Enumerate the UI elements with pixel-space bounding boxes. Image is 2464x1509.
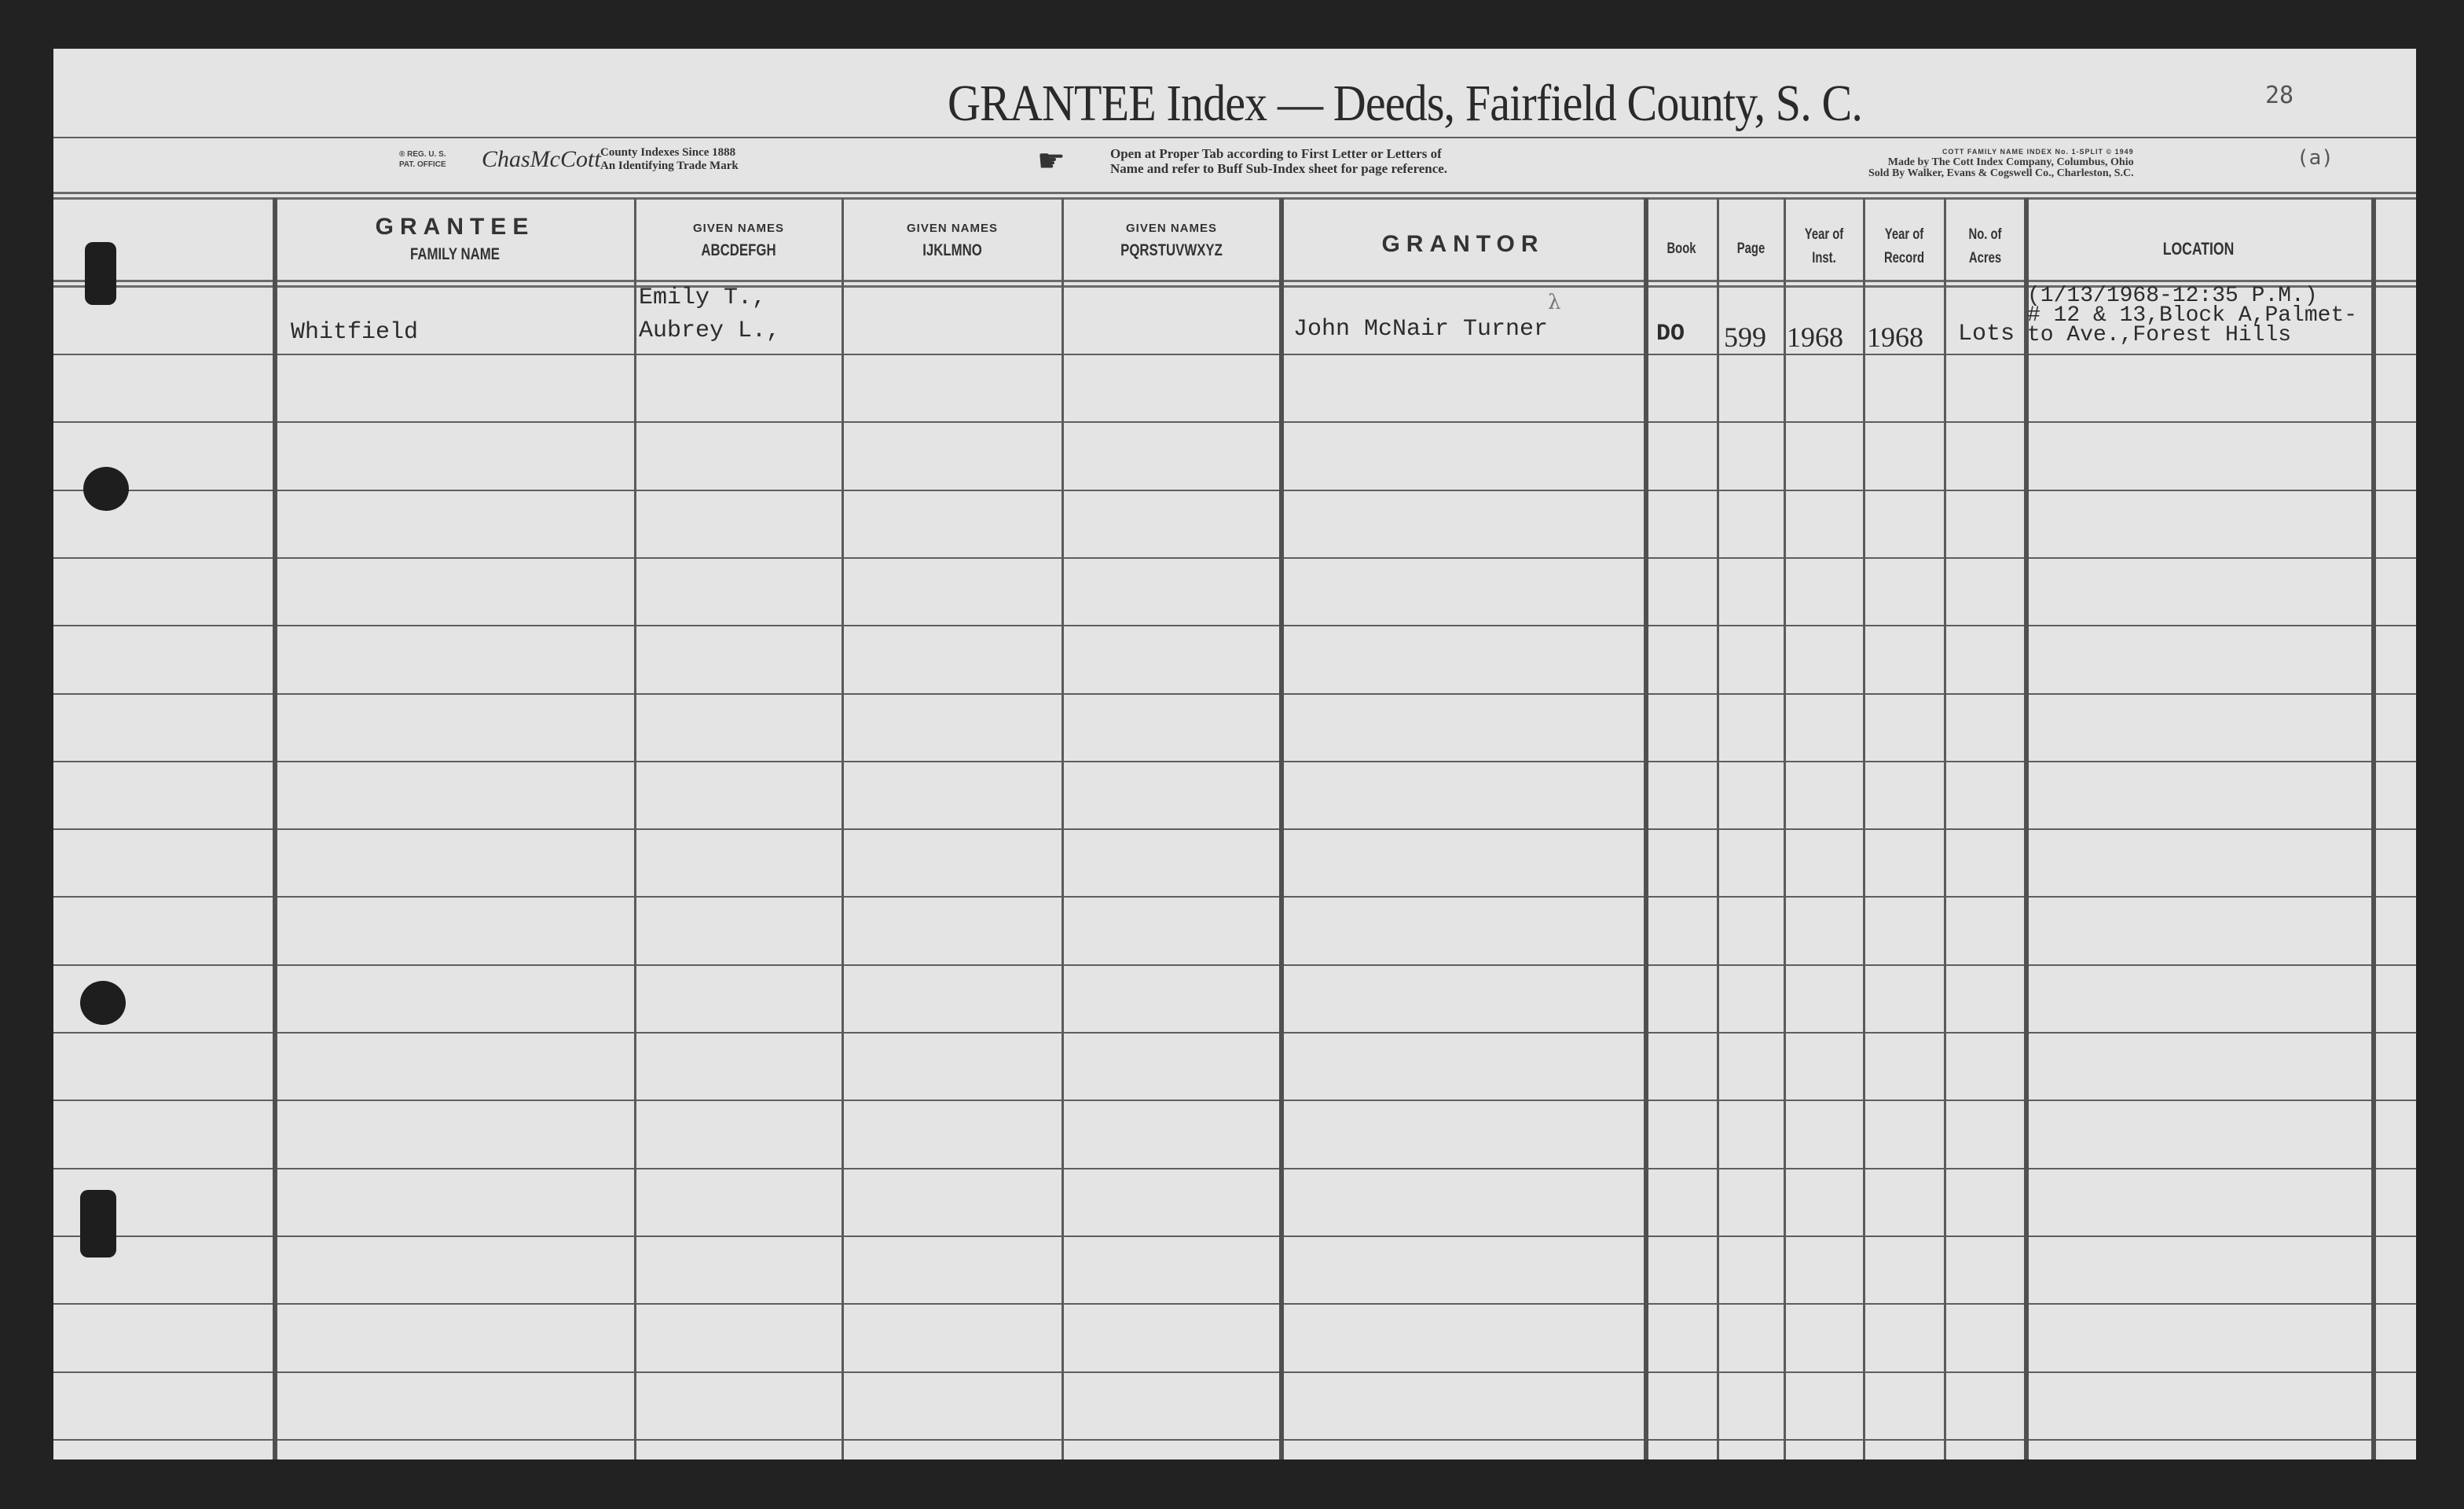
given-names-range: IJKLMNO (864, 241, 1040, 260)
instruction-line-1: Open at Proper Tab according to First Le… (1110, 146, 1447, 161)
page-number: 28 (2265, 82, 2293, 109)
trademark-note: County Indexes Since 1888 An Identifying… (600, 146, 739, 173)
location-title: LOCATION (2060, 239, 2337, 259)
row-rule (53, 421, 2416, 423)
family-name-cell: Whitfield (291, 319, 418, 346)
page-left-rule (1717, 198, 1719, 1459)
publisher-note: COTT FAMILY NAME INDEX No. 1-SPLIT © 194… (1868, 146, 2134, 179)
given-names-p-z-header: GIVEN NAMES PQRSTUVWXYZ (1062, 222, 1281, 260)
given-names-title: GIVEN NAMES (635, 222, 842, 235)
binder-hole (80, 981, 126, 1025)
year-record-left-rule (1863, 198, 1865, 1459)
header-top-rule (53, 192, 2416, 200)
row-rule (53, 693, 2416, 695)
row-rule (53, 1371, 2416, 1373)
binder-slot-top (85, 242, 116, 305)
grantee-left-rule (273, 198, 277, 1459)
index-sheet: GRANTEE Index — Deeds, Fairfield County,… (53, 49, 2416, 1459)
binder-hole (83, 467, 129, 511)
year-inst-line-2: Inst. (1793, 247, 1855, 270)
row-rule (53, 761, 2416, 762)
row-rule (53, 1032, 2416, 1034)
given-names-a-h-header: GIVEN NAMES ABCDEFGH (635, 222, 842, 260)
location-cell: (1/13/1968-12:35 P.M.) # 12 & 13,Block A… (2027, 286, 2357, 345)
registered-mark: ® REG. U. S. PAT. OFFICE (399, 149, 446, 170)
given-name-cell: Aubrey L., (639, 318, 780, 344)
year-record-line-1: Year of (1872, 223, 1935, 247)
row-rule (53, 1303, 2416, 1305)
page-title-col: Page (1725, 237, 1776, 261)
row-rule (53, 490, 2416, 491)
registered-line-2: PAT. OFFICE (399, 160, 446, 170)
location-header: LOCATION (2026, 239, 2371, 259)
row-rule (53, 625, 2416, 626)
binder-slot-bottom (80, 1190, 116, 1257)
year-record-line-2: Record (1872, 247, 1935, 270)
registered-line-1: ® REG. U. S. (399, 149, 446, 160)
grantor-header: GRANTOR (1281, 231, 1645, 258)
page-cell: 599 (1724, 321, 1766, 354)
instruction-line-2: Name and refer to Buff Sub-Index sheet f… (1110, 161, 1447, 176)
year-inst-line-1: Year of (1793, 223, 1855, 247)
grantor-left-rule (1279, 198, 1284, 1459)
section-mark: (a) (2297, 146, 2334, 170)
acres-line-2: Acres (1953, 247, 2016, 270)
year-record-header: Year of Record (1864, 223, 1945, 270)
book-header: Book (1645, 237, 1718, 261)
page-header: Page (1718, 237, 1784, 261)
title-rule (53, 137, 2416, 138)
cott-signature-logo: ChasMcCott (482, 146, 601, 173)
row-rule (53, 828, 2416, 830)
year-inst-cell: 1968 (1787, 321, 1843, 354)
row-rule (53, 1235, 2416, 1237)
grantee-header: GRANTEE FAMILY NAME (275, 214, 635, 264)
year-record-cell: 1968 (1867, 321, 1923, 354)
trademark-line-1: County Indexes Since 1888 (600, 146, 739, 160)
row-rule (53, 1439, 2416, 1441)
page-title: GRANTEE Index — Deeds, Fairfield County,… (921, 74, 1889, 134)
instruction-note: Open at Proper Tab according to First Le… (1110, 146, 1447, 176)
given3-left-rule (1061, 198, 1064, 1459)
book-cell: DO (1656, 321, 1685, 347)
book-left-rule (1644, 198, 1648, 1459)
grantor-title: GRANTOR (1281, 231, 1645, 258)
publisher-line-2: Made by The Cott Index Company, Columbus… (1868, 157, 2134, 168)
row-rule (53, 354, 2416, 355)
year-inst-left-rule (1784, 198, 1786, 1459)
given-names-i-o-header: GIVEN NAMES IJKLMNO (842, 222, 1062, 260)
publisher-line-3: Sold By Walker, Evans & Cogswell Co., Ch… (1868, 168, 2134, 179)
given2-left-rule (841, 198, 844, 1459)
given-names-range: PQRSTUVWXYZ (1084, 241, 1259, 260)
given1-left-rule (634, 198, 636, 1459)
pointing-hand-icon: ☛ (1037, 145, 1065, 177)
grantee-title: GRANTEE (275, 214, 635, 240)
acres-header: No. of Acres (1945, 223, 2026, 270)
location-left-rule (2024, 198, 2029, 1459)
trademark-line-2: An Identifying Trade Mark (600, 160, 739, 173)
given-names-title: GIVEN NAMES (842, 222, 1062, 235)
acres-cell: Lots (1958, 321, 2015, 347)
year-inst-header: Year of Inst. (1784, 223, 1864, 270)
row-rule (53, 557, 2416, 559)
row-rule (53, 1168, 2416, 1169)
grantee-subtitle: FAMILY NAME (311, 245, 599, 264)
location-right-rule (2371, 198, 2376, 1459)
row-rule (53, 1100, 2416, 1101)
acres-line-1: No. of (1953, 223, 2016, 247)
location-line-3: to Ave.,Forest Hills (2027, 325, 2357, 345)
acres-left-rule (1944, 198, 1946, 1459)
grantor-cell: John McNair Turner (1293, 316, 1548, 343)
given-names-title: GIVEN NAMES (1062, 222, 1281, 235)
publisher-line-1: COTT FAMILY NAME INDEX No. 1-SPLIT © 194… (1868, 146, 2134, 157)
given-names-range: ABCDEFGH (655, 241, 821, 260)
row-rule (53, 964, 2416, 966)
given-name-cell: Emily T., (639, 285, 766, 311)
pencil-mark: λ (1548, 291, 1560, 314)
book-title: Book (1653, 237, 1710, 261)
row-rule (53, 896, 2416, 898)
